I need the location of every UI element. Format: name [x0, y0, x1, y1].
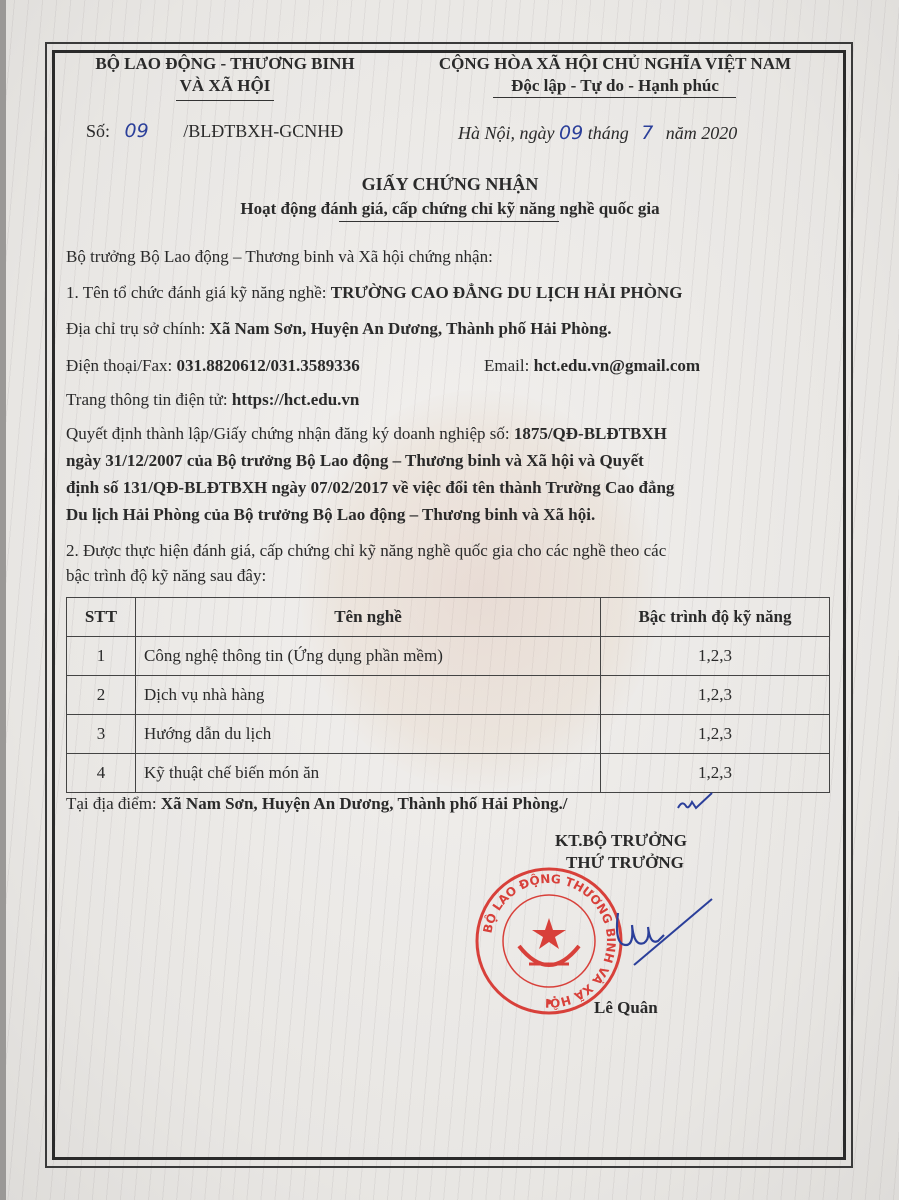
signer-title-1: KT.BỘ TRƯỞNG — [555, 831, 687, 851]
header-stt: STT — [67, 598, 136, 637]
row-skill-level: 1,2,3 — [601, 715, 830, 754]
document-number: Số: 09 /BLĐTBXH-GCNHĐ — [86, 120, 343, 142]
issue-date: Hà Nội, ngày 09 tháng 7 năm 2020 — [458, 122, 737, 144]
address-value: Xã Nam Sơn, Huyện An Dương, Thành phố Hả… — [210, 319, 612, 338]
row-occupation: Dịch vụ nhà hàng — [136, 676, 601, 715]
decision-number: 1875/QĐ-BLĐTBXH — [514, 424, 667, 443]
row-skill-level: 1,2,3 — [601, 754, 830, 793]
official-seal-icon: BỘ LAO ĐỘNG THƯƠNG BINH VÀ XÃ HỘI — [474, 866, 624, 1016]
occupation-table: STT Tên nghề Bậc trình độ kỹ năng 1 Công… — [66, 597, 830, 793]
email-label: Email: — [484, 356, 529, 375]
date-year: năm 2020 — [666, 123, 738, 143]
row-stt: 1 — [67, 637, 136, 676]
website-label: Trang thông tin điện tử: — [66, 390, 228, 409]
ministry-line1: BỘ LAO ĐỘNG - THƯƠNG BINH — [70, 54, 380, 74]
ministry-name: BỘ LAO ĐỘNG - THƯƠNG BINH VÀ XÃ HỘI — [70, 54, 380, 96]
decision-line-4: Du lịch Hải Phòng của Bộ trưởng Bộ Lao đ… — [66, 505, 595, 525]
table-header-row: STT Tên nghề Bậc trình độ kỹ năng — [67, 598, 830, 637]
date-day: 09 — [559, 122, 583, 144]
row-occupation: Hướng dẫn du lịch — [136, 715, 601, 754]
address-line: Địa chỉ trụ sở chính: Xã Nam Sơn, Huyện … — [66, 319, 611, 339]
signer-name: Lê Quân — [594, 998, 658, 1018]
intro-text: Bộ trưởng Bộ Lao động – Thương binh và X… — [66, 247, 493, 267]
org-line: 1. Tên tổ chức đánh giá kỹ năng nghề: TR… — [66, 283, 682, 303]
email-line: Email: hct.edu.vn@gmail.com — [484, 356, 700, 376]
number-label: Số: — [86, 121, 110, 141]
website-value: https://hct.edu.vn — [232, 390, 360, 409]
republic-line1: CỘNG HÒA XÃ HỘI CHỦ NGHĨA VIỆT NAM — [405, 54, 825, 74]
header-occupation: Tên nghề — [136, 598, 601, 637]
phone-line: Điện thoại/Fax: 031.8820612/031.3589336 — [66, 356, 360, 376]
phone-label: Điện thoại/Fax: — [66, 356, 172, 375]
certificate-subtitle: Hoạt động đánh giá, cấp chứng chỉ kỹ năn… — [60, 199, 840, 219]
row-stt: 3 — [67, 715, 136, 754]
row-occupation: Kỹ thuật chế biến món ăn — [136, 754, 601, 793]
header-skill-level: Bậc trình độ kỹ năng — [601, 598, 830, 637]
motto-underline — [493, 97, 736, 98]
row-skill-level: 1,2,3 — [601, 676, 830, 715]
address-label: Địa chỉ trụ sở chính: — [66, 319, 205, 338]
row-occupation: Công nghệ thông tin (Ứng dụng phần mềm) — [136, 637, 601, 676]
number-handwritten: 09 — [125, 120, 149, 142]
decision-label: Quyết định thành lập/Giấy chứng nhận đăn… — [66, 424, 510, 443]
row-stt: 4 — [67, 754, 136, 793]
email-value: hct.edu.vn@gmail.com — [534, 356, 700, 375]
date-prefix: Hà Nội, ngày — [458, 123, 555, 143]
decision-line-1: Quyết định thành lập/Giấy chứng nhận đăn… — [66, 424, 667, 444]
location-line: Tại địa điểm: Xã Nam Sơn, Huyện An Dương… — [66, 794, 568, 814]
republic-motto: Độc lập - Tự do - Hạnh phúc — [405, 76, 825, 96]
website-line: Trang thông tin điện tử: https://hct.edu… — [66, 390, 359, 410]
ministry-underline — [176, 100, 274, 101]
table-row: 3 Hướng dẫn du lịch 1,2,3 — [67, 715, 830, 754]
row-stt: 2 — [67, 676, 136, 715]
signature-icon — [604, 895, 714, 975]
org-name: TRƯỜNG CAO ĐẲNG DU LỊCH HẢI PHÒNG — [331, 283, 683, 302]
number-suffix: /BLĐTBXH-GCNHĐ — [183, 121, 343, 141]
date-month-label: tháng — [588, 123, 629, 143]
date-month: 7 — [641, 122, 653, 144]
initials-checkmark-icon — [676, 790, 716, 814]
location-label: Tại địa điểm: — [66, 794, 157, 813]
subtitle-underline — [339, 221, 559, 222]
table-row: 2 Dịch vụ nhà hàng 1,2,3 — [67, 676, 830, 715]
row-skill-level: 1,2,3 — [601, 637, 830, 676]
republic-header: CỘNG HÒA XÃ HỘI CHỦ NGHĨA VIỆT NAM Độc l… — [405, 54, 825, 96]
certificate-title: GIẤY CHỨNG NHẬN — [60, 174, 840, 195]
table-row: 4 Kỹ thuật chế biến món ăn 1,2,3 — [67, 754, 830, 793]
decision-line-2: ngày 31/12/2007 của Bộ trưởng Bộ Lao độn… — [66, 451, 644, 471]
phone-value: 031.8820612/031.3589336 — [176, 356, 359, 375]
page-edge-shadow — [0, 0, 6, 1200]
org-label: 1. Tên tổ chức đánh giá kỹ năng nghề: — [66, 283, 327, 302]
section2-line-1: 2. Được thực hiện đánh giá, cấp chứng ch… — [66, 541, 666, 561]
table-row: 1 Công nghệ thông tin (Ứng dụng phần mềm… — [67, 637, 830, 676]
location-value: Xã Nam Sơn, Huyện An Dương, Thành phố Hả… — [161, 794, 568, 813]
decision-line-3: định số 131/QĐ-BLĐTBXH ngày 07/02/2017 v… — [66, 478, 674, 498]
section2-line-2: bậc trình độ kỹ năng sau đây: — [66, 566, 266, 586]
ministry-line2: VÀ XÃ HỘI — [70, 76, 380, 96]
